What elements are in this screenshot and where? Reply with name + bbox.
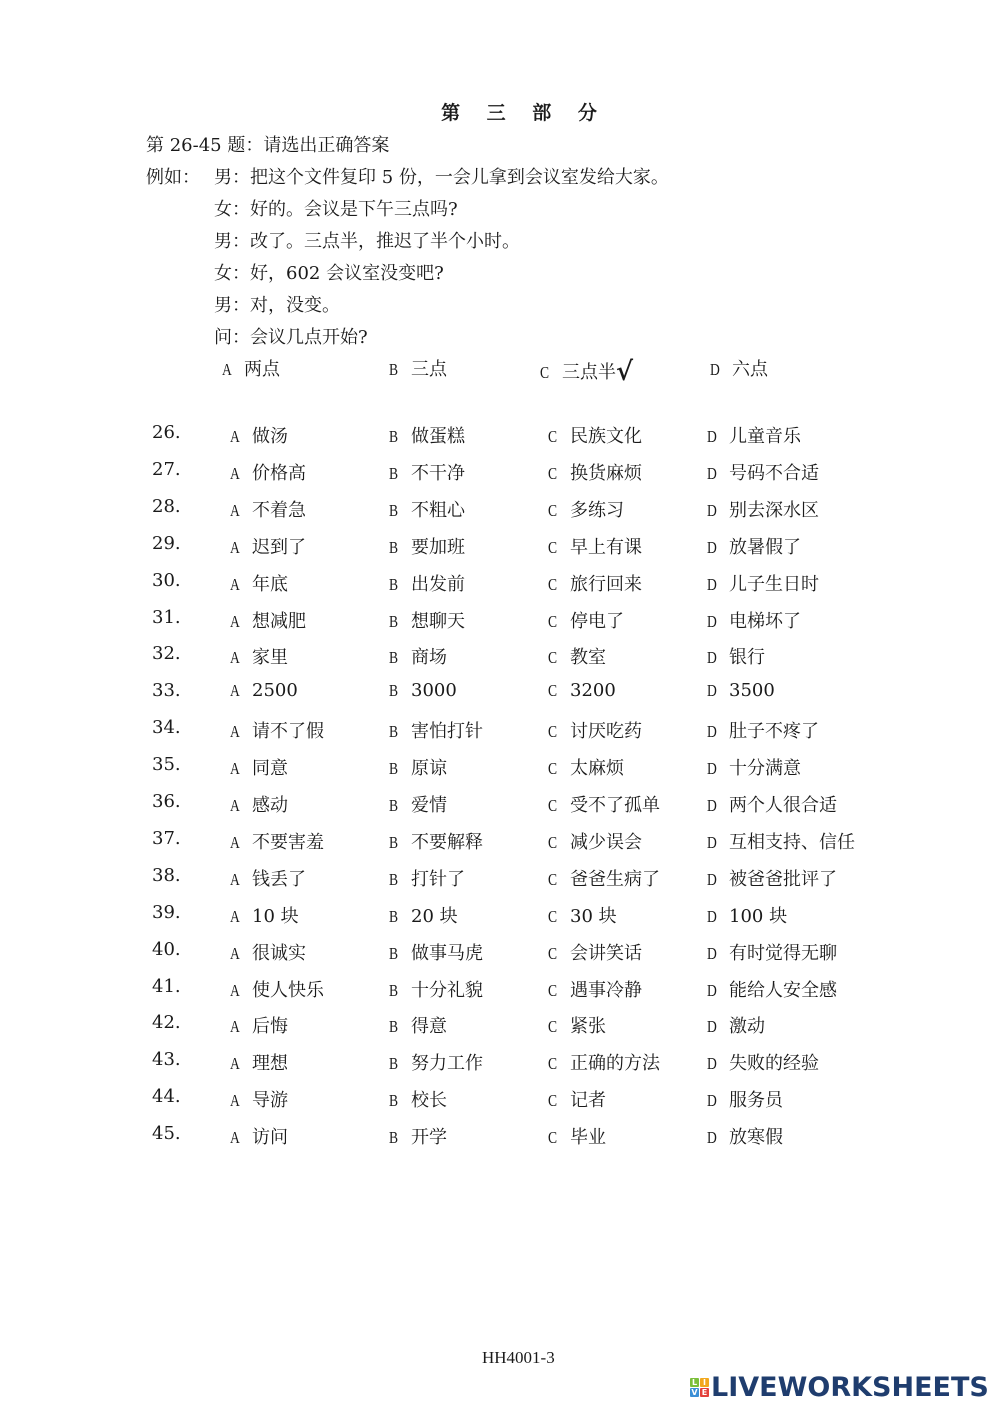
option-letter: D bbox=[707, 796, 725, 816]
option-letter: C bbox=[548, 759, 566, 779]
answer-option-b[interactable]: B努力工作 bbox=[389, 1049, 483, 1075]
answer-option-a[interactable]: A请不了假 bbox=[230, 717, 324, 743]
answer-option-c[interactable]: C民族文化 bbox=[548, 422, 642, 448]
option-text: 打针了 bbox=[411, 869, 465, 890]
option-letter: B bbox=[389, 833, 407, 853]
option-text: 正确的方法 bbox=[570, 1053, 660, 1074]
question-number: 33. bbox=[152, 680, 181, 701]
option-letter: A bbox=[230, 722, 248, 742]
example-option-c: C三点半√ bbox=[540, 355, 633, 385]
option-letter: A bbox=[230, 944, 248, 964]
option-letter: C bbox=[548, 981, 566, 1001]
option-text: 电梯坏了 bbox=[729, 611, 801, 632]
option-text: 努力工作 bbox=[411, 1053, 483, 1074]
option-letter: C bbox=[548, 1091, 566, 1111]
option-text: 导游 bbox=[252, 1090, 288, 1111]
option-text: 民族文化 bbox=[570, 426, 642, 447]
logo-icon: LIVE bbox=[690, 1378, 709, 1397]
dialog-line: 问：会议几点开始? bbox=[214, 323, 368, 349]
logo-tile: V bbox=[690, 1388, 699, 1397]
answer-option-c[interactable]: C减少误会 bbox=[548, 828, 642, 854]
option-letter: D bbox=[707, 427, 725, 447]
option-text: 原谅 bbox=[411, 758, 447, 779]
option-text: 感动 bbox=[252, 795, 288, 816]
option-letter: B bbox=[389, 575, 407, 595]
option-text: 后悔 bbox=[252, 1016, 288, 1037]
answer-option-d[interactable]: D互相支持、信任 bbox=[707, 828, 855, 854]
question-number: 42. bbox=[152, 1012, 181, 1033]
option-letter: B bbox=[389, 427, 407, 447]
option-letter: C bbox=[548, 681, 566, 701]
option-text: 不着急 bbox=[252, 500, 306, 521]
question-number: 28. bbox=[152, 496, 181, 517]
option-letter: C bbox=[548, 501, 566, 521]
answer-option-a[interactable]: A不要害羞 bbox=[230, 828, 324, 854]
section-title: 第 三 部 分 bbox=[0, 98, 1000, 125]
option-letter: D bbox=[707, 722, 725, 742]
option-letter: A bbox=[230, 575, 248, 595]
option-letter: A bbox=[230, 1091, 248, 1111]
option-text: 想聊天 bbox=[411, 611, 465, 632]
option-text: 使人快乐 bbox=[252, 980, 324, 1001]
option-letter: A bbox=[230, 1017, 248, 1037]
option-letter: B bbox=[389, 464, 407, 484]
answer-option-b[interactable]: B3000 bbox=[389, 680, 457, 701]
answer-option-a[interactable]: A理想 bbox=[230, 1049, 288, 1075]
option-text: 不粗心 bbox=[411, 500, 465, 521]
option-text: 价格高 bbox=[252, 463, 306, 484]
option-letter: C bbox=[548, 1017, 566, 1037]
option-text: 别去深水区 bbox=[729, 500, 819, 521]
option-text: 2500 bbox=[252, 680, 298, 701]
answer-option-c[interactable]: C教室 bbox=[548, 643, 606, 669]
option-text: 多练习 bbox=[570, 500, 624, 521]
option-text: 迟到了 bbox=[252, 537, 306, 558]
option-text: 银行 bbox=[729, 647, 765, 668]
answer-option-d[interactable]: D激动 bbox=[707, 1012, 765, 1038]
answer-option-b[interactable]: B校长 bbox=[389, 1086, 447, 1112]
logo-tile: E bbox=[700, 1388, 709, 1397]
answer-option-a[interactable]: A很诚实 bbox=[230, 939, 306, 965]
answer-option-c[interactable]: C3200 bbox=[548, 680, 616, 701]
option-letter: D bbox=[707, 1017, 725, 1037]
answer-option-b[interactable]: B出发前 bbox=[389, 570, 465, 596]
option-letter: C bbox=[548, 427, 566, 447]
option-text: 爸爸生病了 bbox=[570, 869, 660, 890]
option-letter: D bbox=[707, 648, 725, 668]
answer-option-b[interactable]: B做事马虎 bbox=[389, 939, 483, 965]
dialog-line: 男：改了。三点半，推迟了半个小时。 bbox=[214, 227, 520, 253]
answer-option-d[interactable]: D号码不合适 bbox=[707, 459, 819, 485]
option-letter: C bbox=[548, 870, 566, 890]
option-letter: D bbox=[707, 464, 725, 484]
option-letter: B bbox=[389, 1017, 407, 1037]
answer-option-d[interactable]: D被爸爸批评了 bbox=[707, 865, 837, 891]
option-text: 激动 bbox=[729, 1016, 765, 1037]
option-text: 校长 bbox=[411, 1090, 447, 1111]
option-letter: D bbox=[707, 1128, 725, 1148]
option-letter: C bbox=[540, 363, 558, 383]
option-letter: B bbox=[389, 722, 407, 742]
option-letter: A bbox=[230, 833, 248, 853]
option-letter: B bbox=[389, 612, 407, 632]
answer-option-c[interactable]: C换货麻烦 bbox=[548, 459, 642, 485]
option-text: 10 块 bbox=[252, 906, 299, 927]
answer-option-a[interactable]: A10 块 bbox=[230, 902, 299, 928]
option-letter: D bbox=[707, 575, 725, 595]
option-text: 得意 bbox=[411, 1016, 447, 1037]
option-letter: A bbox=[230, 612, 248, 632]
option-letter: D bbox=[707, 981, 725, 1001]
option-text: 100 块 bbox=[729, 906, 787, 927]
option-text: 儿童音乐 bbox=[729, 426, 801, 447]
option-letter: A bbox=[230, 981, 248, 1001]
answer-option-d[interactable]: D有时觉得无聊 bbox=[707, 939, 837, 965]
option-text: 记者 bbox=[570, 1090, 606, 1111]
option-letter: A bbox=[230, 1054, 248, 1074]
option-text: 20 块 bbox=[411, 906, 458, 927]
answer-option-d[interactable]: D两个人很合适 bbox=[707, 791, 837, 817]
option-text: 服务员 bbox=[729, 1090, 783, 1111]
example-option-d: D六点 bbox=[710, 355, 768, 381]
option-text: 能给人安全感 bbox=[729, 980, 837, 1001]
answer-option-c[interactable]: C爸爸生病了 bbox=[548, 865, 660, 891]
answer-option-d[interactable]: D100 块 bbox=[707, 902, 787, 928]
option-letter: A bbox=[230, 796, 248, 816]
answer-option-d[interactable]: D十分满意 bbox=[707, 754, 801, 780]
answer-option-d[interactable]: D失败的经验 bbox=[707, 1049, 819, 1075]
option-letter: B bbox=[389, 944, 407, 964]
option-text: 三点半 bbox=[562, 362, 616, 383]
logo-tile: L bbox=[690, 1378, 699, 1387]
option-letter: C bbox=[548, 464, 566, 484]
option-text: 要加班 bbox=[411, 537, 465, 558]
option-text: 被爸爸批评了 bbox=[729, 869, 837, 890]
answer-option-a[interactable]: A价格高 bbox=[230, 459, 306, 485]
option-text: 旅行回来 bbox=[570, 574, 642, 595]
question-number: 40. bbox=[152, 939, 181, 960]
option-letter: C bbox=[548, 907, 566, 927]
answer-option-b[interactable]: B20 块 bbox=[389, 902, 458, 928]
option-letter: C bbox=[548, 1128, 566, 1148]
example-option-a: A两点 bbox=[222, 355, 280, 381]
option-text: 停电了 bbox=[570, 611, 624, 632]
answer-option-a[interactable]: A2500 bbox=[230, 680, 298, 701]
option-letter: C bbox=[548, 612, 566, 632]
option-letter: C bbox=[548, 538, 566, 558]
option-letter: D bbox=[707, 538, 725, 558]
option-text: 遇事冷静 bbox=[570, 980, 642, 1001]
option-letter: D bbox=[707, 833, 725, 853]
option-text: 不干净 bbox=[411, 463, 465, 484]
option-letter: B bbox=[389, 681, 407, 701]
answer-option-c[interactable]: C停电了 bbox=[548, 607, 624, 633]
option-text: 紧张 bbox=[570, 1016, 606, 1037]
answer-option-b[interactable]: B不粗心 bbox=[389, 496, 465, 522]
answer-option-d[interactable]: D肚子不疼了 bbox=[707, 717, 819, 743]
dialog-line: 女：好的。会议是下午三点吗? bbox=[214, 195, 458, 221]
answer-option-a[interactable]: A不着急 bbox=[230, 496, 306, 522]
option-letter: B bbox=[389, 360, 407, 380]
example-label: 例如： bbox=[146, 163, 200, 189]
answer-option-a[interactable]: A同意 bbox=[230, 754, 288, 780]
option-text: 肚子不疼了 bbox=[729, 721, 819, 742]
question-number: 36. bbox=[152, 791, 181, 812]
option-letter: A bbox=[230, 427, 248, 447]
question-number: 32. bbox=[152, 643, 181, 664]
option-letter: D bbox=[707, 501, 725, 521]
answer-option-a[interactable]: A想减肥 bbox=[230, 607, 306, 633]
option-letter: A bbox=[230, 648, 248, 668]
option-letter: A bbox=[230, 538, 248, 558]
answer-option-b[interactable]: B爱情 bbox=[389, 791, 447, 817]
dialog-line: 男：对，没变。 bbox=[214, 291, 340, 317]
question-number: 35. bbox=[152, 754, 181, 775]
option-text: 请不了假 bbox=[252, 721, 324, 742]
option-text: 做汤 bbox=[252, 426, 288, 447]
option-letter: A bbox=[230, 464, 248, 484]
answer-option-b[interactable]: B不干净 bbox=[389, 459, 465, 485]
option-text: 做事马虎 bbox=[411, 943, 483, 964]
question-number: 27. bbox=[152, 459, 181, 480]
answer-option-c[interactable]: C早上有课 bbox=[548, 533, 642, 559]
option-text: 家里 bbox=[252, 647, 288, 668]
answer-option-b[interactable]: B打针了 bbox=[389, 865, 465, 891]
option-text: 放寒假 bbox=[729, 1127, 783, 1148]
answer-option-c[interactable]: C30 块 bbox=[548, 902, 617, 928]
instructions: 第 26-45 题：请选出正确答案 bbox=[146, 131, 389, 157]
option-text: 两个人很合适 bbox=[729, 795, 837, 816]
option-text: 不要解释 bbox=[411, 832, 483, 853]
option-text: 爱情 bbox=[411, 795, 447, 816]
option-letter: B bbox=[389, 501, 407, 521]
option-text: 互相支持、信任 bbox=[729, 832, 855, 853]
option-letter: C bbox=[548, 944, 566, 964]
option-text: 讨厌吃药 bbox=[570, 721, 642, 742]
example-option-b: B三点 bbox=[389, 355, 447, 381]
option-text: 不要害羞 bbox=[252, 832, 324, 853]
answer-option-c[interactable]: C受不了孤单 bbox=[548, 791, 660, 817]
option-text: 失败的经验 bbox=[729, 1053, 819, 1074]
option-text: 害怕打针 bbox=[411, 721, 483, 742]
option-letter: D bbox=[707, 907, 725, 927]
answer-option-d[interactable]: D3500 bbox=[707, 680, 775, 701]
answer-option-b[interactable]: B十分礼貌 bbox=[389, 976, 483, 1002]
option-letter: B bbox=[389, 538, 407, 558]
answer-option-d[interactable]: D银行 bbox=[707, 643, 765, 669]
option-letter: B bbox=[389, 759, 407, 779]
option-text: 出发前 bbox=[411, 574, 465, 595]
option-text: 商场 bbox=[411, 647, 447, 668]
option-text: 30 块 bbox=[570, 906, 617, 927]
option-text: 3500 bbox=[729, 680, 775, 701]
option-text: 年底 bbox=[252, 574, 288, 595]
question-number: 38. bbox=[152, 865, 181, 886]
answer-option-c[interactable]: C紧张 bbox=[548, 1012, 606, 1038]
option-letter: A bbox=[230, 759, 248, 779]
answer-option-a[interactable]: A感动 bbox=[230, 791, 288, 817]
question-number: 26. bbox=[152, 422, 181, 443]
answer-option-b[interactable]: B不要解释 bbox=[389, 828, 483, 854]
option-letter: A bbox=[230, 501, 248, 521]
option-letter: B bbox=[389, 1091, 407, 1111]
option-text: 同意 bbox=[252, 758, 288, 779]
option-text: 两点 bbox=[244, 359, 280, 380]
answer-option-c[interactable]: C记者 bbox=[548, 1086, 606, 1112]
option-letter: D bbox=[707, 1091, 725, 1111]
answer-option-d[interactable]: D放寒假 bbox=[707, 1123, 783, 1149]
answer-option-a[interactable]: A访问 bbox=[230, 1123, 288, 1149]
option-text: 十分礼貌 bbox=[411, 980, 483, 1001]
option-text: 做蛋糕 bbox=[411, 426, 465, 447]
option-text: 减少误会 bbox=[570, 832, 642, 853]
option-text: 六点 bbox=[732, 359, 768, 380]
option-letter: D bbox=[707, 612, 725, 632]
page-code: HH4001-3 bbox=[482, 1348, 555, 1368]
answer-option-c[interactable]: C太麻烦 bbox=[548, 754, 624, 780]
answer-option-a[interactable]: A家里 bbox=[230, 643, 288, 669]
answer-option-d[interactable]: D儿童音乐 bbox=[707, 422, 801, 448]
answer-option-c[interactable]: C遇事冷静 bbox=[548, 976, 642, 1002]
answer-option-a[interactable]: A迟到了 bbox=[230, 533, 306, 559]
option-text: 十分满意 bbox=[729, 758, 801, 779]
option-letter: B bbox=[389, 1054, 407, 1074]
answer-option-b[interactable]: B原谅 bbox=[389, 754, 447, 780]
question-number: 37. bbox=[152, 828, 181, 849]
option-letter: A bbox=[230, 1128, 248, 1148]
option-text: 访问 bbox=[252, 1127, 288, 1148]
answer-option-a[interactable]: A后悔 bbox=[230, 1012, 288, 1038]
question-number: 45. bbox=[152, 1123, 181, 1144]
option-text: 理想 bbox=[252, 1053, 288, 1074]
answer-option-b[interactable]: B做蛋糕 bbox=[389, 422, 465, 448]
liveworksheets-logo: LIVE LIVEWORKSHEETS bbox=[690, 1372, 989, 1403]
option-text: 有时觉得无聊 bbox=[729, 943, 837, 964]
logo-tile: I bbox=[700, 1378, 709, 1387]
answer-option-c[interactable]: C讨厌吃药 bbox=[548, 717, 642, 743]
option-letter: D bbox=[710, 360, 728, 380]
option-text: 换货麻烦 bbox=[570, 463, 642, 484]
answer-option-d[interactable]: D能给人安全感 bbox=[707, 976, 837, 1002]
answer-option-d[interactable]: D儿子生日时 bbox=[707, 570, 819, 596]
option-letter: B bbox=[389, 648, 407, 668]
option-letter: B bbox=[389, 870, 407, 890]
answer-option-a[interactable]: A导游 bbox=[230, 1086, 288, 1112]
option-letter: C bbox=[548, 722, 566, 742]
option-letter: A bbox=[222, 360, 240, 380]
answer-option-b[interactable]: B要加班 bbox=[389, 533, 465, 559]
option-text: 想减肥 bbox=[252, 611, 306, 632]
option-letter: A bbox=[230, 907, 248, 927]
answer-option-b[interactable]: B开学 bbox=[389, 1123, 447, 1149]
option-letter: B bbox=[389, 981, 407, 1001]
option-text: 教室 bbox=[570, 647, 606, 668]
answer-option-d[interactable]: D别去深水区 bbox=[707, 496, 819, 522]
option-letter: B bbox=[389, 1128, 407, 1148]
option-text: 毕业 bbox=[570, 1127, 606, 1148]
brand-name: LIVEWORKSHEETS bbox=[711, 1372, 989, 1403]
answer-option-a[interactable]: A做汤 bbox=[230, 422, 288, 448]
option-text: 早上有课 bbox=[570, 537, 642, 558]
question-number: 41. bbox=[152, 976, 181, 997]
option-letter: C bbox=[548, 1054, 566, 1074]
option-text: 放暑假了 bbox=[729, 537, 801, 558]
option-text: 钱丢了 bbox=[252, 869, 306, 890]
answer-option-d[interactable]: D放暑假了 bbox=[707, 533, 801, 559]
question-number: 31. bbox=[152, 607, 181, 628]
answer-option-b[interactable]: B商场 bbox=[389, 643, 447, 669]
answer-option-c[interactable]: C毕业 bbox=[548, 1123, 606, 1149]
option-letter: D bbox=[707, 681, 725, 701]
answer-option-c[interactable]: C正确的方法 bbox=[548, 1049, 660, 1075]
option-letter: C bbox=[548, 833, 566, 853]
option-letter: D bbox=[707, 1054, 725, 1074]
answer-option-a[interactable]: A使人快乐 bbox=[230, 976, 324, 1002]
answer-option-a[interactable]: A年底 bbox=[230, 570, 288, 596]
option-letter: C bbox=[548, 648, 566, 668]
answer-option-b[interactable]: B害怕打针 bbox=[389, 717, 483, 743]
answer-option-b[interactable]: B想聊天 bbox=[389, 607, 465, 633]
answer-option-c[interactable]: C多练习 bbox=[548, 496, 624, 522]
question-number: 30. bbox=[152, 570, 181, 591]
option-text: 会讲笑话 bbox=[570, 943, 642, 964]
option-text: 三点 bbox=[411, 359, 447, 380]
answer-option-b[interactable]: B得意 bbox=[389, 1012, 447, 1038]
answer-option-d[interactable]: D服务员 bbox=[707, 1086, 783, 1112]
option-letter: C bbox=[548, 796, 566, 816]
option-letter: D bbox=[707, 944, 725, 964]
question-number: 39. bbox=[152, 902, 181, 923]
dialog-line: 男：把这个文件复印 5 份，一会儿拿到会议室发给大家。 bbox=[214, 163, 669, 189]
option-text: 3000 bbox=[411, 680, 457, 701]
dialog-line: 女：好，602 会议室没变吧? bbox=[214, 259, 444, 285]
option-text: 号码不合适 bbox=[729, 463, 819, 484]
option-letter: B bbox=[389, 796, 407, 816]
option-text: 3200 bbox=[570, 680, 616, 701]
option-text: 开学 bbox=[411, 1127, 447, 1148]
option-letter: A bbox=[230, 870, 248, 890]
option-letter: D bbox=[707, 870, 725, 890]
option-letter: D bbox=[707, 759, 725, 779]
checkmark-icon: √ bbox=[616, 357, 633, 387]
answer-option-c[interactable]: C旅行回来 bbox=[548, 570, 642, 596]
option-text: 儿子生日时 bbox=[729, 574, 819, 595]
question-number: 44. bbox=[152, 1086, 181, 1107]
question-number: 43. bbox=[152, 1049, 181, 1070]
answer-option-a[interactable]: A钱丢了 bbox=[230, 865, 306, 891]
option-text: 受不了孤单 bbox=[570, 795, 660, 816]
question-number: 29. bbox=[152, 533, 181, 554]
option-letter: B bbox=[389, 907, 407, 927]
option-text: 太麻烦 bbox=[570, 758, 624, 779]
answer-option-c[interactable]: C会讲笑话 bbox=[548, 939, 642, 965]
question-number: 34. bbox=[152, 717, 181, 738]
option-letter: C bbox=[548, 575, 566, 595]
answer-option-d[interactable]: D电梯坏了 bbox=[707, 607, 801, 633]
option-text: 很诚实 bbox=[252, 943, 306, 964]
option-letter: A bbox=[230, 681, 248, 701]
